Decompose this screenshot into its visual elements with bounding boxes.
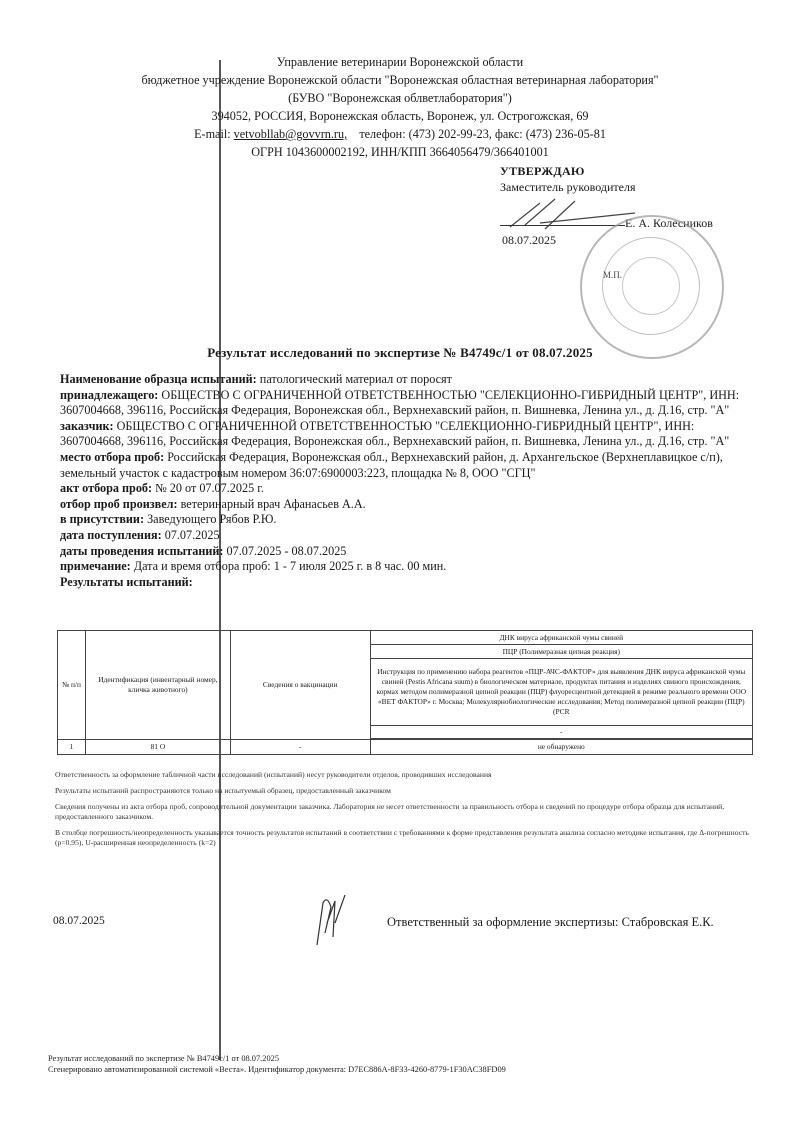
letterhead: Управление ветеринарии Воронежской облас…	[0, 53, 800, 161]
table-header-row: № п/п Идентификация (инвентарный номер, …	[58, 631, 753, 645]
stamp-icon	[580, 215, 724, 359]
email-link[interactable]: vetvobllab@govvrn.ru,	[234, 127, 347, 141]
signoff-date: 08.07.2025	[53, 915, 105, 927]
info-note: примечание: Дата и время отбора проб: 1 …	[60, 559, 750, 575]
col-vaccination-header: Сведения о вакцинации	[230, 631, 370, 740]
method-short-header: ПЦР (Полимеразная цепная реакция)	[370, 645, 752, 659]
norm-cell: -	[370, 726, 752, 739]
footer: Результат исследований по экспертизе № В…	[48, 1053, 506, 1075]
info-sampled-by: отбор проб произвел: ветеринарный врач А…	[60, 497, 750, 513]
letterhead-registration: ОГРН 1043600002192, ИНН/КПП 3664056479/3…	[0, 143, 800, 161]
signature-line	[500, 225, 625, 226]
row-vaccination: -	[230, 740, 370, 755]
indicator-header: ДНК вируса африканской чумы свиней	[370, 631, 752, 645]
info-sampling-place: место отбора проб: Российская Федерация,…	[60, 450, 750, 481]
info-sampling-act: акт отбора проб: № 20 от 07.07.2025 г.	[60, 481, 750, 497]
sample-info: Наименование образца испытаний: патологи…	[60, 372, 750, 590]
footer-generated-id: Сгенерировано автоматизированной системо…	[48, 1064, 506, 1075]
letterhead-authority: Управление ветеринарии Воронежской облас…	[0, 53, 800, 71]
approval-block: УТВЕРЖДАЮ Заместитель руководителя	[500, 163, 636, 195]
col-id-header: Идентификация (инвентарный номер, кличка…	[85, 631, 230, 740]
responsible-person: Ответственный за оформление экспертизы: …	[387, 915, 714, 930]
info-present: в присутствии: Заведующего Рябов Р.Ю.	[60, 512, 750, 528]
notes: Ответственность за оформление табличной …	[55, 770, 755, 854]
stamp-mark: М.П.	[603, 270, 622, 280]
letterhead-contacts: E-mail: vetvobllab@govvrn.ru, телефон: (…	[0, 125, 800, 143]
col-num-header: № п/п	[58, 631, 86, 740]
approval-title: УТВЕРЖДАЮ	[500, 163, 636, 179]
letterhead-institution: бюджетное учреждение Воронежской области…	[0, 71, 800, 89]
phone-fax: телефон: (473) 202-99-23, факс: (473) 23…	[359, 127, 606, 141]
table-row: 1 81 О - не обнаружено	[58, 740, 753, 755]
row-result: не обнаружено	[370, 740, 752, 755]
info-sample-name: Наименование образца испытаний: патологи…	[60, 372, 750, 388]
letterhead-short-name: (БУВО "Воронежская облветлаборатория")	[0, 89, 800, 107]
row-id: 81 О	[85, 740, 230, 755]
results-table: № п/п Идентификация (инвентарный номер, …	[57, 630, 753, 755]
approval-position: Заместитель руководителя	[500, 179, 636, 195]
info-customer: заказчик: ОБЩЕСТВО С ОГРАНИЧЕННОЙ ОТВЕТС…	[60, 419, 750, 450]
letterhead-address: 394052, РОССИЯ, Воронежская область, Вор…	[0, 107, 800, 125]
note-source: Сведения получены из акта отбора проб, с…	[55, 802, 755, 822]
row-num: 1	[58, 740, 86, 755]
note-scope: Результаты испытаний распространяются то…	[55, 786, 755, 796]
info-received-date: дата поступления: 07.07.2025	[60, 528, 750, 544]
note-responsibility: Ответственность за оформление табличной …	[55, 770, 755, 780]
info-test-dates: даты проведения испытаний: 07.07.2025 - …	[60, 544, 750, 560]
info-owner: принадлежащего: ОБЩЕСТВО С ОГРАНИЧЕННОЙ …	[60, 388, 750, 419]
document-title: Результат исследований по экспертизе № В…	[0, 345, 800, 361]
note-uncertainty: В столбце погрешность/неопределенность у…	[55, 828, 755, 848]
method-doc-header: Инструкция по применению набора реагенто…	[370, 659, 752, 726]
approval-date: 08.07.2025	[502, 233, 556, 248]
footer-doc-ref: Результат исследований по экспертизе № В…	[48, 1053, 506, 1064]
signature-icon	[305, 893, 350, 948]
email-label: E-mail:	[194, 127, 231, 141]
info-results-heading: Результаты испытаний:	[60, 575, 750, 591]
